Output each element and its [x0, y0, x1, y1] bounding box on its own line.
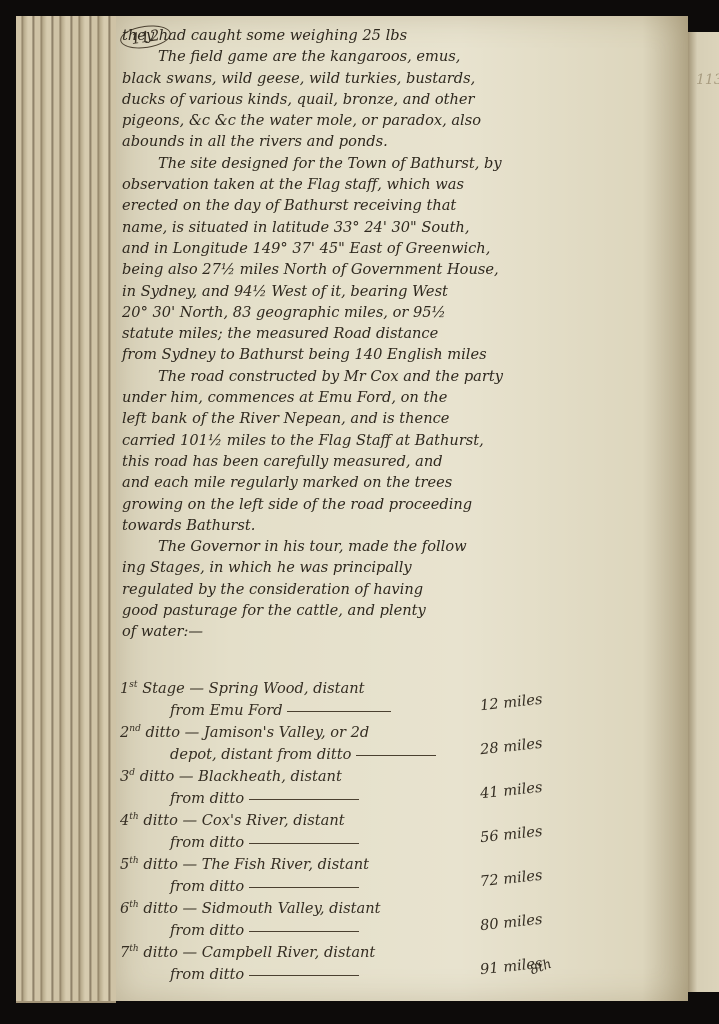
- stage-from: depot, distant from ditto: [170, 746, 460, 763]
- text-line: ducks of various kinds, quail, bronze, a…: [122, 89, 568, 110]
- stage-heading: 5th ditto — The Fish River, distant: [120, 856, 369, 873]
- leader-line: [249, 843, 359, 844]
- stage-distance: 41 miles: [479, 779, 543, 802]
- manuscript-body: they had caught some weighing 25 lbsThe …: [122, 25, 568, 643]
- facing-page-number: 113: [696, 72, 719, 88]
- text-line: The field game are the kangaroos, emus,: [122, 46, 568, 67]
- text-line: under him, commences at Emu Ford, on the: [122, 387, 568, 408]
- text-line: growing on the left side of the road pro…: [122, 494, 568, 515]
- text-line: The site designed for the Town of Bathur…: [122, 153, 568, 174]
- stage-from-text: from ditto: [170, 834, 244, 851]
- text-line: this road has been carefully measured, a…: [122, 451, 568, 472]
- stage-number: 5: [120, 856, 129, 873]
- stage-entry: 3d ditto — Blackheath, distantfrom ditto…: [120, 768, 580, 812]
- stage-label: ditto: [146, 724, 181, 741]
- text-line: pigeons, &c &c the water mole, or parado…: [122, 110, 568, 131]
- stage-label: ditto: [143, 900, 178, 917]
- stage-label: ditto: [143, 812, 178, 829]
- stage-from-text: from ditto: [170, 878, 244, 895]
- stage-from: from ditto: [170, 878, 460, 895]
- stage-label: Stage: [142, 680, 185, 697]
- leader-line: [249, 975, 359, 976]
- stage-number: 6: [120, 900, 129, 917]
- text-line: The Governor in his tour, made the follo…: [122, 536, 568, 557]
- text-line: black swans, wild geese, wild turkies, b…: [122, 68, 568, 89]
- text-line: name, is situated in latitude 33° 24' 30…: [122, 217, 568, 238]
- text-line: observation taken at the Flag staff, whi…: [122, 174, 568, 195]
- text-line: 20° 30' North, 83 geographic miles, or 9…: [122, 302, 568, 323]
- stage-heading: 2nd ditto — Jamison's Valley, or 2d: [120, 724, 369, 741]
- stage-number: 1: [120, 680, 129, 697]
- text-line: erected on the day of Bathurst receiving…: [122, 195, 568, 216]
- stage-distance: 56 miles: [479, 823, 543, 846]
- text-line: being also 27½ miles North of Government…: [122, 259, 568, 280]
- stage-place: Blackheath, distant: [198, 768, 342, 785]
- text-line: The road constructed by Mr Cox and the p…: [122, 366, 568, 387]
- stage-from: from ditto: [170, 834, 460, 851]
- stage-from-text: depot, distant from ditto: [170, 746, 351, 763]
- stage-from: from ditto: [170, 790, 460, 807]
- stage-label: ditto: [140, 768, 175, 785]
- stage-ordinal: th: [129, 856, 138, 866]
- stage-place: Cox's River, distant: [202, 812, 345, 829]
- stage-place: Sidmouth Valley, distant: [202, 900, 381, 917]
- stage-entry: 4th ditto — Cox's River, distantfrom dit…: [120, 812, 580, 856]
- stage-distance: 28 miles: [479, 735, 543, 758]
- stage-heading: 4th ditto — Cox's River, distant: [120, 812, 345, 829]
- text-line: regulated by the consideration of having: [122, 579, 568, 600]
- text-line: towards Bathurst.: [122, 515, 568, 536]
- stage-ordinal: d: [129, 768, 135, 778]
- stage-entry: 6th ditto — Sidmouth Valley, distantfrom…: [120, 900, 580, 944]
- stage-label: ditto: [143, 856, 178, 873]
- text-line: statute miles; the measured Road distanc…: [122, 323, 568, 344]
- stage-heading: 6th ditto — Sidmouth Valley, distant: [120, 900, 380, 917]
- text-line: ing Stages, in which he was principally: [122, 557, 568, 578]
- text-line: of water:—: [122, 621, 568, 642]
- leader-line: [356, 755, 436, 756]
- leader-line: [249, 799, 359, 800]
- stage-label: ditto: [143, 944, 178, 961]
- text-line: abounds in all the rivers and ponds.: [122, 131, 568, 152]
- text-line: in Sydney, and 94½ West of it, bearing W…: [122, 281, 568, 302]
- stage-place: The Fish River, distant: [202, 856, 369, 873]
- stage-number: 7: [120, 944, 129, 961]
- stage-ordinal: th: [129, 900, 138, 910]
- stage-entry: 5th ditto — The Fish River, distantfrom …: [120, 856, 580, 900]
- stage-from-text: from Emu Ford: [170, 702, 283, 719]
- stage-ordinal: st: [129, 680, 137, 690]
- stage-number: 3: [120, 768, 129, 785]
- stage-place: Jamison's Valley, or 2d: [204, 724, 369, 741]
- stage-entry: 2nd ditto — Jamison's Valley, or 2ddepot…: [120, 724, 580, 768]
- stage-ordinal: th: [129, 944, 138, 954]
- stage-place: Spring Wood, distant: [209, 680, 365, 697]
- facing-page-edge: 113: [688, 32, 719, 992]
- stage-heading: 3d ditto — Blackheath, distant: [120, 768, 342, 785]
- stage-distance: 12 miles: [479, 691, 543, 714]
- stage-ordinal: th: [129, 812, 138, 822]
- stage-ordinal: nd: [129, 724, 141, 734]
- leader-line: [249, 931, 359, 932]
- stage-from: from Emu Ford: [170, 702, 460, 719]
- leader-line: [249, 887, 359, 888]
- page-edges: [16, 16, 116, 1003]
- stage-number: 4: [120, 812, 129, 829]
- leader-line: [287, 711, 391, 712]
- stage-distance: 80 miles: [479, 911, 543, 934]
- text-line: and in Longitude 149° 37' 45" East of Gr…: [122, 238, 568, 259]
- stage-place: Campbell River, distant: [202, 944, 376, 961]
- stage-from-text: from ditto: [170, 922, 244, 939]
- stage-heading: 1st Stage — Spring Wood, distant: [120, 680, 365, 697]
- stage-entry: 7th ditto — Campbell River, distantfrom …: [120, 944, 580, 988]
- text-line: from Sydney to Bathurst being 140 Englis…: [122, 344, 568, 365]
- stage-distance: 72 miles: [479, 867, 543, 890]
- stage-from-text: from ditto: [170, 966, 244, 983]
- text-line: left bank of the River Nepean, and is th…: [122, 408, 568, 429]
- stage-from: from ditto: [170, 966, 460, 983]
- text-line: good pasturage for the cattle, and plent…: [122, 600, 568, 621]
- stages-list: 1st Stage — Spring Wood, distantfrom Emu…: [120, 680, 580, 988]
- stage-from: from ditto: [170, 922, 460, 939]
- stage-entry: 1st Stage — Spring Wood, distantfrom Emu…: [120, 680, 580, 724]
- stage-heading: 7th ditto — Campbell River, distant: [120, 944, 375, 961]
- text-line: and each mile regularly marked on the tr…: [122, 472, 568, 493]
- stage-number: 2: [120, 724, 129, 741]
- text-line: they had caught some weighing 25 lbs: [122, 25, 568, 46]
- stage-from-text: from ditto: [170, 790, 244, 807]
- text-line: carried 101½ miles to the Flag Staff at …: [122, 430, 568, 451]
